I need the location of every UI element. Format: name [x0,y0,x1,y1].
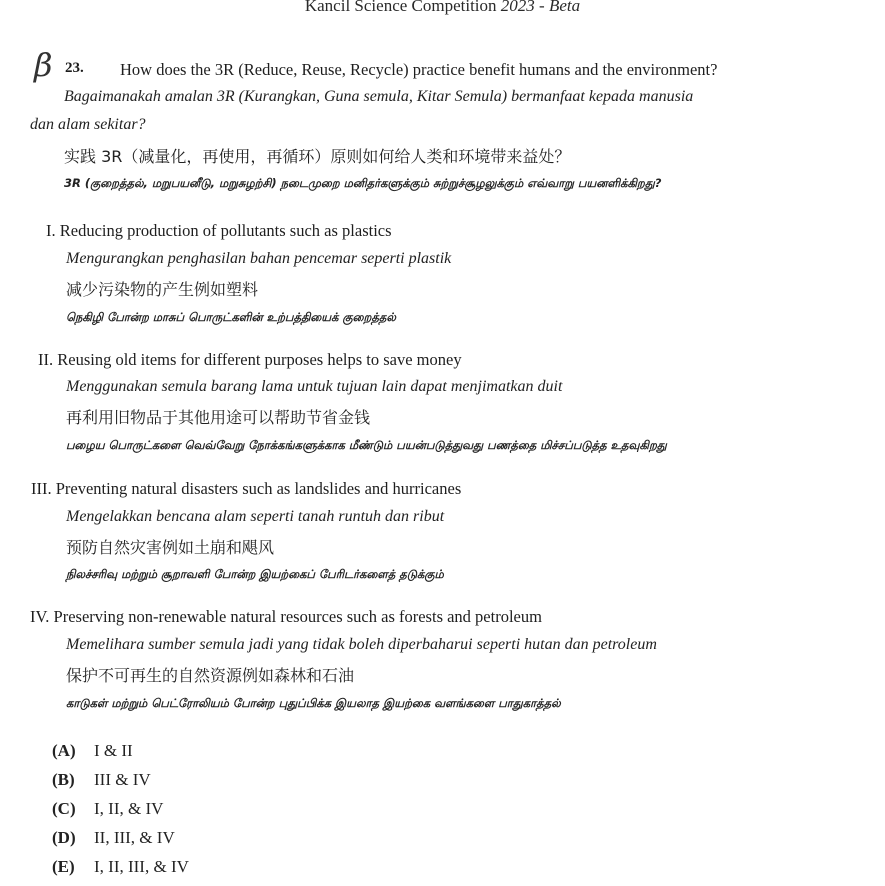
option-letter: (E) [52,857,94,877]
statement-4: IV. Preserving non-renewable natural res… [30,607,542,627]
statement-3-malay: Mengelakkan bencana alam seperti tanah r… [66,508,444,526]
option-letter: (B) [52,770,94,790]
option-text: I, II, III, & IV [94,857,189,876]
statement-2-chinese: 再利用旧物品于其他用途可以帮助节省金钱 [66,405,370,428]
statement-2-tamil: பழைய பொருட்களை வெவ்வேறு நோக்கங்களுக்காக … [66,438,667,454]
option-letter: (D) [52,828,94,848]
statement-3: III. Preventing natural disasters such a… [31,479,461,499]
option-text: I, II, & IV [94,799,163,818]
option-d[interactable]: (D)II, III, & IV [52,828,175,848]
statement-english: Reducing production of pollutants such a… [60,221,392,240]
statement-numeral: IV. [30,607,49,627]
statement-english: Reusing old items for different purposes… [57,350,461,369]
competition-edition: Beta [549,0,580,15]
option-text: II, III, & IV [94,828,175,847]
option-text: I & II [94,741,133,760]
statement-2-malay: Menggunakan semula barang lama untuk tuj… [66,378,562,396]
option-letter: (C) [52,799,94,819]
question-malay-line1: Bagaimanakah amalan 3R (Kurangkan, Guna … [64,88,693,106]
statement-2: II. Reusing old items for different purp… [38,350,462,370]
beta-category-icon: β [34,46,53,84]
competition-title: Kancil Science Competition [305,0,497,15]
option-text: III & IV [94,770,151,789]
competition-year: 2023 [501,0,535,15]
statement-1: I. Reducing production of pollutants suc… [46,221,392,241]
statement-4-malay: Memelihara sumber semula jadi yang tidak… [66,636,657,654]
statement-numeral: III. [31,479,52,499]
statement-4-tamil: காடுகள் மற்றும் பெட்ரோலியம் போன்ற புதுப்… [66,696,561,712]
option-e[interactable]: (E)I, II, III, & IV [52,857,189,877]
statement-1-tamil: நெகிழி போன்ற மாசுப் பொருட்களின் உற்பத்தி… [66,310,396,326]
option-a[interactable]: (A)I & II [52,741,133,761]
question-english: How does the 3R (Reduce, Reuse, Recycle)… [120,60,717,80]
question-malay-line2: dan alam sekitar? [30,116,146,134]
option-letter: (A) [52,741,94,761]
statement-numeral: II. [38,350,53,370]
statement-4-chinese: 保护不可再生的自然资源例如森林和石油 [66,663,354,686]
statement-english: Preventing natural disasters such as lan… [56,479,462,498]
statement-3-tamil: நிலச்சரிவு மற்றும் சூறாவளி போன்ற இயற்கைப… [66,567,444,583]
statement-3-chinese: 预防自然灾害例如土崩和飓风 [66,535,274,558]
header-separator: - [539,0,545,15]
statement-english: Preserving non-renewable natural resourc… [54,607,542,626]
option-c[interactable]: (C)I, II, & IV [52,799,163,819]
question-tamil: 3R (குறைத்தல், மறுபயனீடு, மறுசுழற்சி) நட… [64,176,661,192]
option-b[interactable]: (B)III & IV [52,770,151,790]
question-number: 23. [65,60,84,77]
statement-1-malay: Mengurangkan penghasilan bahan pencemar … [66,250,451,268]
statement-numeral: I. [46,221,56,241]
statement-1-chinese: 减少污染物的产生例如塑料 [66,277,258,300]
question-chinese: 实践 3R（减量化，再使用，再循环）原则如何给人类和环境带来益处？ [64,144,570,167]
page-header: Kancil Science Competition 2023 - Beta [0,0,885,16]
